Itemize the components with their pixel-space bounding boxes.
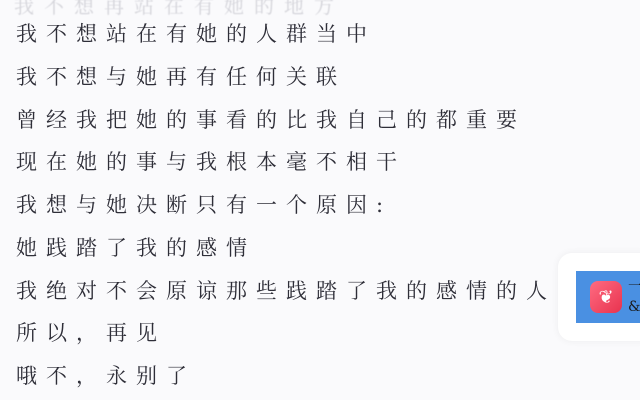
text-line: 我不想站在有她的人群当中 [16, 18, 376, 48]
faint-top-line: 我不想再站在有她的地方 [14, 0, 344, 19]
text-line: 我想与她决断只有一个原因: [16, 189, 392, 219]
app-icon[interactable]: ❦ [590, 281, 622, 313]
notification-banner[interactable]: ❦ 一 & [576, 271, 640, 323]
notification-text-line1: 一 [628, 277, 640, 297]
text-line: 所以，再见 [16, 317, 166, 347]
text-line: 现在她的事与我根本毫不相干 [16, 146, 406, 176]
notification-text: 一 & [628, 277, 640, 317]
text-line: 哦不，永别了 [16, 360, 196, 390]
text-line: 她践踏了我的感情 [16, 232, 256, 262]
text-line: 我绝对不会原谅那些践踏了我的感情的人 [16, 275, 556, 305]
document-page: 我不想再站在有她的地方 我不想站在有她的人群当中 我不想与她再有任何关联 曾经我… [0, 0, 640, 400]
text-line: 我不想与她再有任何关联 [16, 61, 346, 91]
notification-text-line2: & [628, 297, 640, 317]
notification-popup[interactable]: ❦ 一 & [558, 253, 640, 341]
text-line: 曾经我把她的事看的比我自己的都重要 [16, 104, 526, 134]
